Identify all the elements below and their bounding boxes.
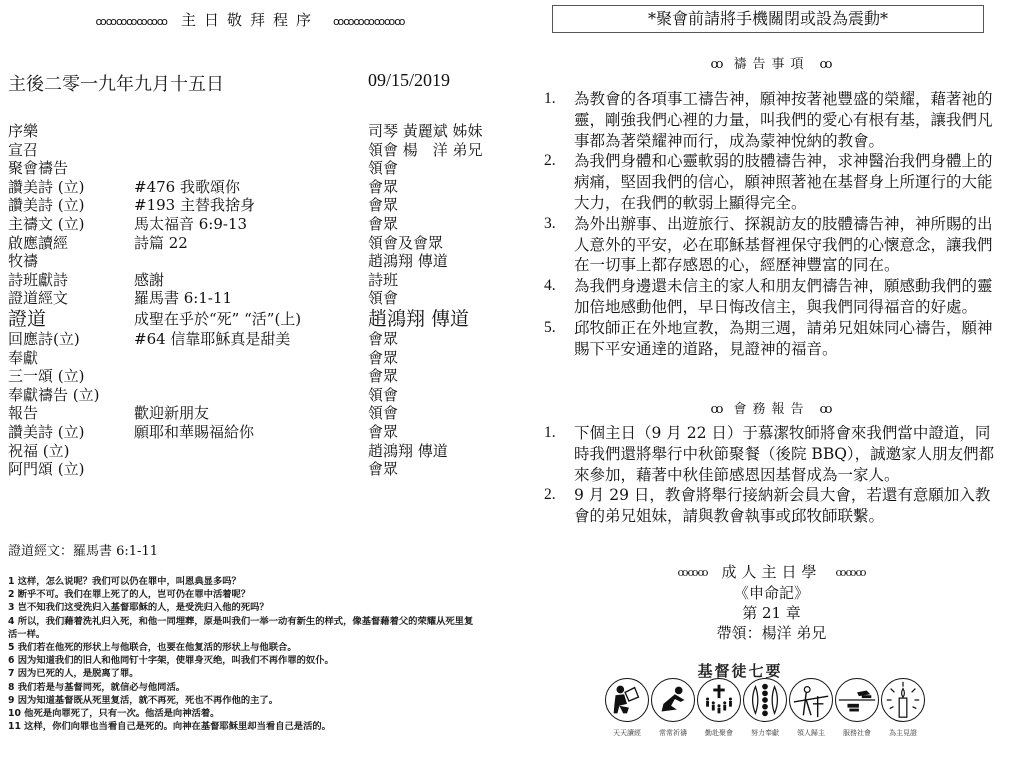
service-detail: 馬太福音 6:9-13 <box>134 215 247 234</box>
essential-label: 天天讀經 <box>605 728 649 738</box>
ornament-icon: ꝏ <box>820 57 833 72</box>
verse: 10 他死是向罪死了，只有一次。他活是向神活着。 <box>8 707 478 720</box>
service-leader: 領會 楊 洋 弟兄 <box>368 141 483 160</box>
service-leader: 領會 <box>368 289 398 308</box>
service-row: 牧禱趙鴻翔 傳道 <box>8 252 488 271</box>
service-detail: 歡迎新朋友 <box>134 404 209 423</box>
service-row: 奉獻禱告 (立)領會 <box>8 386 488 405</box>
verse: 1 这样，怎么说呢？我们可以仍在罪中，叫恩典显多吗？ <box>8 575 478 588</box>
ornament-icon: ꝏꝏꝏꝏꝏꝏꝏ <box>333 15 404 28</box>
service-leader: 會眾 <box>368 215 398 234</box>
sunday-school-leader: 帶領：楊洋 弟兄 <box>530 623 1013 643</box>
sermon-row: 證道成聖在乎於“死” “活”(上)趙鴻翔 傳道 <box>8 308 488 330</box>
sermon-title: 成聖在乎於“死” “活”(上) <box>134 308 301 330</box>
service-row: 讚美詩 (立)#193 主替我捨身會眾 <box>8 196 488 215</box>
verse: 3 岂不知我们这受洗归入基督耶稣的人，是受洗归入他的死吗？ <box>8 601 478 614</box>
service-row: 奉獻會眾 <box>8 349 488 368</box>
service-leader: 會眾 <box>368 178 398 197</box>
essential-label: 常常祈禱 <box>651 728 695 738</box>
service-detail: 感謝 <box>134 271 164 290</box>
page-title: 主日敬拜程序 <box>181 11 319 29</box>
service-row: 三一頌 (立)會眾 <box>8 367 488 386</box>
service-item: 回應詩(立) <box>8 330 80 349</box>
reading-bible-icon <box>605 678 649 722</box>
service-item: 啟應讀經 <box>8 234 68 253</box>
sunday-school-heading: 成人主日學 <box>721 563 821 581</box>
service-leader: 會眾 <box>368 349 398 368</box>
service-row: 讚美詩 (立)#476 我歌頌你會眾 <box>8 178 488 197</box>
item-text: 為我們身體和心靈軟弱的肢體禱告神，求神醫治我們身體上的病痛，堅固我們的信心，願神… <box>574 152 993 212</box>
service-leader: 領會 <box>368 404 398 423</box>
service-item: 祝福 (立) <box>8 442 69 461</box>
ornament-icon: ꝏ <box>820 402 833 417</box>
service-item: 詩班獻詩 <box>8 271 68 290</box>
verse: 2 断乎不可。我们在罪上死了的人，岂可仍在罪中活着呢？ <box>8 588 478 601</box>
item-text: 9 月 29 日，教會將舉行接納新会員大會，若還有意願加入教會的弟兄姐妹，請與教… <box>574 486 990 525</box>
candle-light-icon <box>881 678 925 722</box>
ornament-icon: ꝏꝏꝏ <box>836 563 866 583</box>
prayer-heading-row: ꝏ禱告事項ꝏ <box>530 53 1013 72</box>
date-numeric: 09/15/2019 <box>368 70 450 91</box>
service-leader: 領會及會眾 <box>368 234 443 253</box>
verse: 8 我们若是与基督同死，就信必与他同活。 <box>8 681 478 694</box>
announcements-page: *聚會前請將手機關閉或設為震動* ꝏ禱告事項ꝏ 1.為教會的各項事工禱告神，願神… <box>530 0 1013 768</box>
essential-label: 為主見證 <box>881 728 925 738</box>
service-item: 證道經文 <box>8 289 68 308</box>
verse: 7 因为已死的人，是脱离了罪。 <box>8 667 478 680</box>
essential-label: 勤赴聚會 <box>697 728 741 738</box>
service-row: 阿門頌 (立)會眾 <box>8 460 488 479</box>
prayer-item: 5.邱牧師正在外地宣教，為期三週，請弟兄姐妹同心禱告，願神賜下平安通達的道路，見… <box>544 318 1004 360</box>
service-leader: 領會 <box>368 159 398 178</box>
service-item: 聚會禱告 <box>8 159 68 178</box>
service-item: 主禱文 (立) <box>8 215 84 234</box>
essential-label: 服務社會 <box>835 728 879 738</box>
service-leader: 會眾 <box>368 330 398 349</box>
service-item: 序樂 <box>8 122 38 141</box>
verse: 9 因为知道基督既从死里复活，就不再死，死也不再作他的主了。 <box>8 694 478 707</box>
prayer-item: 2.為我們身體和心靈軟弱的肢體禱告神，求神醫治我們身體上的病痛，堅固我們的信心，… <box>544 151 1004 213</box>
affairs-list: 1.下個主日（9 月 22 日）于慕潔牧師將會來我們當中證道，同時我們還將舉行中… <box>544 423 1004 527</box>
item-number: 3. <box>544 214 556 235</box>
service-row: 宣召領會 楊 洋 弟兄 <box>8 141 488 160</box>
service-row: 序樂司琴 黃麗斌 姊妹 <box>8 122 488 141</box>
service-leader: 趙鴻翔 傳道 <box>368 442 448 461</box>
service-row: 祝福 (立)趙鴻翔 傳道 <box>8 442 488 461</box>
item-text: 下個主日（9 月 22 日）于慕潔牧師將會來我們當中證道，同時我們還將舉行中秋節… <box>574 424 994 484</box>
congregation-cross-icon <box>697 678 741 722</box>
ornament-icon: ꝏ <box>710 402 723 417</box>
verse: 11 这样，你们向罪也当看自己是死的。向神在基督耶稣里却当看自己是活的。 <box>8 720 478 733</box>
order-of-worship-page: ꝏꝏꝏꝏꝏꝏꝏ主日敬拜程序ꝏꝏꝏꝏꝏꝏꝏ 主後二零一九年九月十五日 09/15/… <box>0 0 500 768</box>
service-item: 牧禱 <box>8 252 38 271</box>
date-chinese: 主後二零一九年九月十五日 <box>8 70 224 96</box>
service-item: 報告 <box>8 404 38 423</box>
sunday-school-book: 《申命記》 <box>530 583 1013 603</box>
item-number: 1. <box>544 89 556 110</box>
service-row: 報告歡迎新朋友領會 <box>8 404 488 423</box>
scripture-verses: 1 这样，怎么说呢？我们可以仍在罪中，叫恩典显多吗？ 2 断乎不可。我们在罪上死… <box>8 575 478 733</box>
item-text: 為我們身邊還未信主的家人和朋友們禱告神，願感動我們的靈加倍地感動他們，早日悔改信… <box>574 277 993 316</box>
service-item: 三一頌 (立) <box>8 367 84 386</box>
service-leader: 領會 <box>368 386 398 405</box>
prayer-heading: 禱告事項 <box>733 57 809 72</box>
essential-label: 領人歸主 <box>789 728 833 738</box>
item-number: 2. <box>544 485 556 506</box>
sunday-school: ꝏꝏꝏ成人主日學ꝏꝏꝏ 《申命記》 第 21 章 帶領：楊洋 弟兄 <box>530 562 1013 643</box>
service-leader: 趙鴻翔 傳道 <box>368 308 469 330</box>
prayer-list: 1.為教會的各項事工禱告神，願神按著祂豐盛的榮耀，藉著祂的靈，剛強我們心裡的力量… <box>544 89 1004 359</box>
item-number: 5. <box>544 318 556 339</box>
sunday-school-chapter: 第 21 章 <box>530 603 1013 623</box>
ornament-icon: ꝏ <box>710 57 723 72</box>
page-title-row: ꝏꝏꝏꝏꝏꝏꝏ主日敬拜程序ꝏꝏꝏꝏꝏꝏꝏ <box>0 9 500 30</box>
affairs-heading-row: ꝏ會務報告ꝏ <box>530 398 1013 417</box>
essential-label: 努力奉獻 <box>743 728 787 738</box>
service-leader: 趙鴻翔 傳道 <box>368 252 448 271</box>
scripture-title: 證道經文：羅馬書 6:1-11 <box>8 540 158 559</box>
service-item: 奉獻禱告 (立) <box>8 386 99 405</box>
service-item: 奉獻 <box>8 349 38 368</box>
ornament-icon: ꝏꝏꝏ <box>678 563 708 583</box>
phone-notice-box: *聚會前請將手機關閉或設為震動* <box>552 5 984 33</box>
service-item: 讚美詩 (立) <box>8 423 84 442</box>
service-leader: 會眾 <box>368 367 398 386</box>
affairs-item: 2.9 月 29 日，教會將舉行接納新会員大會，若還有意願加入教會的弟兄姐妹，請… <box>544 485 1004 527</box>
service-item: 宣召 <box>8 141 38 160</box>
service-detail: 羅馬書 6:1-11 <box>134 289 232 308</box>
service-detail: 詩篇 22 <box>134 234 188 253</box>
item-number: 4. <box>544 276 556 297</box>
prayer-item: 3.為外出辦事、出遊旅行、探親訪友的肢體禱告神，神所賜的出人意外的平安，必在耶穌… <box>544 214 1004 276</box>
service-leader: 司琴 黃麗斌 姊妹 <box>368 122 483 141</box>
affairs-heading: 會務報告 <box>733 402 809 417</box>
item-number: 2. <box>544 151 556 172</box>
service-row: 讚美詩 (立)願耶和華賜福給你會眾 <box>8 423 488 442</box>
item-text: 為外出辦事、出遊旅行、探親訪友的肢體禱告神，神所賜的出人意外的平安，必在耶穌基督… <box>574 215 993 275</box>
item-text: 為教會的各項事工禱告神，願神按著祂豐盛的榮耀，藉著祂的靈，剛強我們心裡的力量，叫… <box>574 90 993 150</box>
service-detail: #193 主替我捨身 <box>134 196 255 215</box>
seven-essentials: 基督徒七要 天天讀經 常 <box>605 660 905 681</box>
service-detail: #476 我歌頌你 <box>134 178 240 197</box>
verse: 4 所以，我们藉着洗礼归入死，和他一同埋葬，原是叫我们一举一动有新生的样式，像基… <box>8 615 478 641</box>
service-row: 聚會禱告領會 <box>8 159 488 178</box>
fish-loaves-icon <box>743 678 787 722</box>
order-of-service: 序樂司琴 黃麗斌 姊妹 宣召領會 楊 洋 弟兄 聚會禱告領會 讚美詩 (立)#4… <box>8 122 488 479</box>
service-row: 啟應讀經詩篇 22領會及會眾 <box>8 234 488 253</box>
kneeling-prayer-icon <box>651 678 695 722</box>
affairs-item: 1.下個主日（9 月 22 日）于慕潔牧師將會來我們當中證道，同時我們還將舉行中… <box>544 423 1004 485</box>
service-item: 證道 <box>8 308 46 330</box>
service-item: 讚美詩 (立) <box>8 178 84 197</box>
item-text: 邱牧師正在外地宣教，為期三週，請弟兄姐妹同心禱告，願神賜下平安通達的道路，見證神… <box>574 319 993 358</box>
verse: 6 因为知道我们的旧人和他同钉十字架，使罪身灭绝，叫我们不再作罪的奴仆。 <box>8 654 478 667</box>
service-detail: 願耶和華賜福給你 <box>134 423 254 442</box>
service-leader: 詩班 <box>368 271 398 290</box>
service-leader: 會眾 <box>368 423 398 442</box>
service-leader: 會眾 <box>368 460 398 479</box>
service-detail: #64 信靠耶穌真是甜美 <box>134 330 290 349</box>
service-item: 阿門頌 (立) <box>8 460 84 479</box>
service-leader: 會眾 <box>368 196 398 215</box>
leading-to-cross-icon <box>789 678 833 722</box>
service-row: 主禱文 (立)馬太福音 6:9-13會眾 <box>8 215 488 234</box>
prayer-item: 1.為教會的各項事工禱告神，願神按著祂豐盛的榮耀，藉著祂的靈，剛強我們心裡的力量… <box>544 89 1004 151</box>
serving-hands-icon <box>835 678 879 722</box>
item-number: 1. <box>544 423 556 444</box>
service-item: 讚美詩 (立) <box>8 196 84 215</box>
ornament-icon: ꝏꝏꝏꝏꝏꝏꝏ <box>96 15 167 28</box>
verse: 5 我们若在他死的形状上与他联合，也要在他复活的形状上与他联合。 <box>8 641 478 654</box>
prayer-item: 4.為我們身邊還未信主的家人和朋友們禱告神，願感動我們的靈加倍地感動他們，早日悔… <box>544 276 1004 318</box>
service-row: 詩班獻詩感謝詩班 <box>8 271 488 290</box>
service-row: 證道經文羅馬書 6:1-11領會 <box>8 289 488 308</box>
service-row: 回應詩(立)#64 信靠耶穌真是甜美會眾 <box>8 330 488 349</box>
